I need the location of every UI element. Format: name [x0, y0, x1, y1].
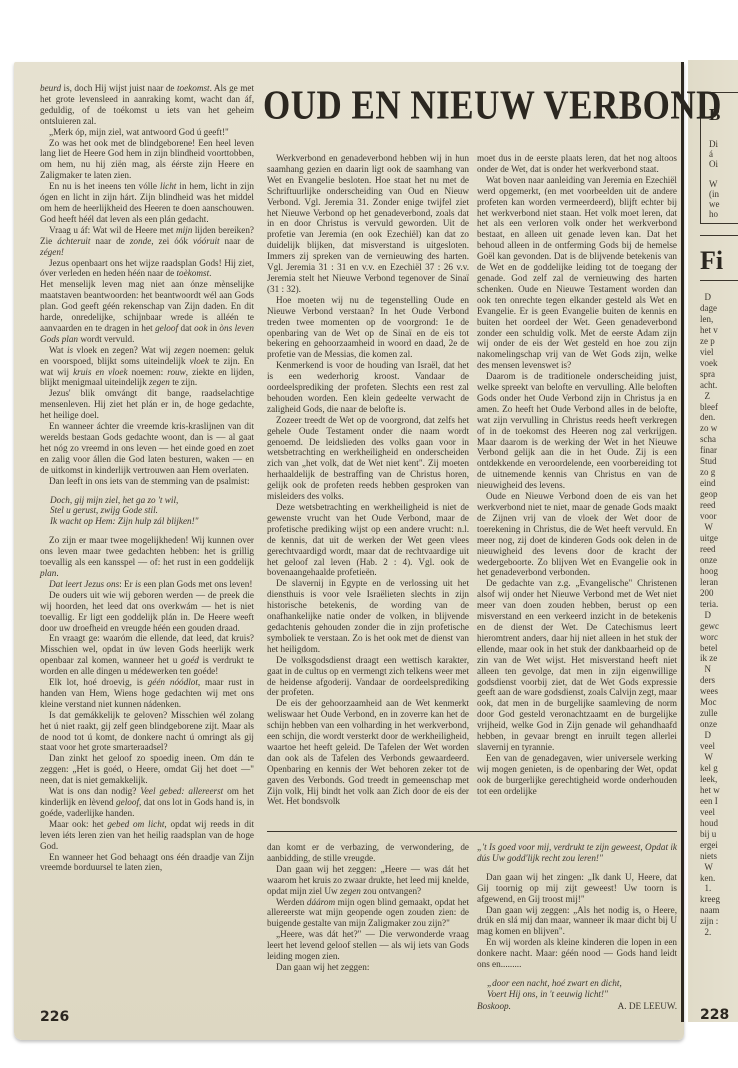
paragraph: Dan gaan wij het zingen: „Ik dank U, Hee… [477, 872, 677, 905]
paragraph: Werkverbond en genadeverbond hebben wij … [267, 153, 469, 295]
paragraph: dan komt er de verbazing, de verwonderin… [267, 842, 469, 864]
spacer [40, 487, 254, 495]
right-lower-flow: „'t Is goed voor mij, verdrukt te zijn g… [477, 842, 677, 1000]
middle-lower-column: dan komt er de verbazing, de verwonderin… [267, 842, 469, 973]
paragraph: Daarom is de traditionele onderscheiding… [477, 371, 677, 491]
verse-line: Doch, gij mijn ziel, het ga zo 't wil, [40, 495, 254, 506]
paragraph: En wanneer het God behaagt ons één draad… [40, 852, 254, 874]
next-page-rule-bottom [700, 280, 738, 281]
left-column: beurd is, doch Hij wijst juist naar de t… [40, 83, 254, 873]
next-page-rule-top [700, 235, 738, 236]
paragraph: Zozeer treedt de Wet op de voorgrond, da… [267, 415, 469, 502]
paragraph: Een van de genadegaven, wier universele … [477, 753, 677, 797]
paragraph: Oude en Nieuwe Verbond doen de eis van h… [477, 491, 677, 578]
paragraph: Dan gaan wij het zeggen: „Heere — was dá… [267, 864, 469, 897]
paragraph: En wanneer áchter die vreemde kris-krasl… [40, 421, 254, 476]
paragraph: Wat is ons dan nodig? Veel gebed: allere… [40, 786, 254, 819]
paragraph: Dan gaan wij het zeggen: [267, 962, 469, 973]
paragraph: De volksgodsdienst draagt een wettisch k… [267, 655, 469, 699]
page-gutter [681, 62, 684, 1022]
paragraph: Zo was het ook met de blindgeborene! Een… [40, 138, 254, 182]
paragraph: Deze wetsbetrachting en werkheiligheid i… [267, 502, 469, 578]
article-title: OUD EN NIEUW VERBOND [263, 82, 679, 136]
next-page-heading: Fi [700, 246, 723, 276]
paragraph: „Merk óp, mijn ziel, wat antwoord God ú … [40, 127, 254, 138]
middle-column: Werkverbond en genadeverbond hebben wij … [267, 153, 469, 807]
right-column: moet dus in de eerste plaats leren, dat … [477, 153, 677, 796]
paragraph: „'t Is goed voor mij, verdrukt te zijn g… [477, 842, 677, 864]
verse-line: „door een nacht, hoé zwart en dicht, [477, 978, 677, 989]
paragraph: Dat leert Jezus ons: Er is een plan Gods… [40, 579, 254, 590]
paragraph: En wij worden als kleine kinderen die lo… [477, 937, 677, 970]
verse-line: Stel u gerust, zwijg Gode stil. [40, 505, 254, 516]
paragraph: Het menselijk leven mag niet aan ónze mè… [40, 279, 254, 344]
paragraph: Is dat gemákkelijk te geloven? Misschien… [40, 710, 254, 754]
paragraph: Dan gaan wij zeggen: „Als het nodig is, … [477, 905, 677, 938]
paragraph: Wat boven naar aanleiding van Jeremia en… [477, 175, 677, 371]
signoff: Boskoop. A. DE LEEUW. [477, 1001, 677, 1012]
paragraph: Jezus' blik omvángt dit bange, raadselac… [40, 388, 254, 421]
next-page-number: 228 [700, 1007, 729, 1022]
paragraph: Maar ook: het gebed om licht, opdat wij … [40, 819, 254, 852]
right-lower-column: „'t Is goed voor mij, verdrukt te zijn g… [477, 842, 677, 1012]
section-divider [267, 831, 677, 832]
paragraph: De slavernij in Egypte en de verlossing … [267, 578, 469, 654]
paragraph: De eis der gehoorzaamheid aan de Wet ken… [267, 698, 469, 807]
paragraph: Jezus openbaart ons het wijze raadsplan … [40, 258, 254, 280]
signoff-author: A. DE LEEUW. [618, 1001, 677, 1012]
spacer [477, 864, 677, 872]
paragraph: Wat is vloek en zegen? Wat wij zegen noe… [40, 345, 254, 389]
verse-line: Voert Hij ons, in 't eeuwig licht!" [477, 989, 677, 1000]
next-page-text: D dage len, het v ze p viel voek spra ac… [700, 292, 720, 938]
spacer [40, 527, 254, 535]
verse-line: Ik wacht op Hem: Zijn hulp zál blijken!" [40, 516, 254, 527]
spacer [477, 970, 677, 978]
paragraph: En nu is het ineens ten vólle licht in h… [40, 181, 254, 225]
paragraph: Zo zijn er maar twee mogelijkheden! Wij … [40, 535, 254, 579]
paragraph: Kenmerkend is voor de houding van Israël… [267, 360, 469, 415]
paragraph: beurd is, doch Hij wijst juist naar de t… [40, 83, 254, 127]
paragraph: „Heere, was dát het?" — Die verwonderde … [267, 929, 469, 962]
page-number: 226 [40, 1009, 69, 1025]
next-page-box-text-2: W(inweho [709, 179, 720, 219]
paragraph: Vraag u áf: Wat wil de Heere met mijn li… [40, 225, 254, 258]
paragraph: Hoe moeten wij nu de tegenstelling Oude … [267, 295, 469, 360]
next-page-box-text-1: DiáOi [709, 139, 718, 169]
paragraph: moet dus in de eerste plaats leren, dat … [477, 153, 677, 175]
paragraph: De gedachte van z.g. „Evangelische" Chri… [477, 578, 677, 753]
paragraph: De ouders uit wie wij geboren werden — d… [40, 590, 254, 634]
paragraph: Elk lot, hoé droevig, is géén nóódlot, m… [40, 677, 254, 710]
paragraph: Dan leeft in ons iets van de stemming va… [40, 476, 254, 487]
paragraph: Werden dáárom mijn ogen blind gemaakt, o… [267, 897, 469, 930]
paragraph: Dan zinkt het geloof zo spoedig ineen. O… [40, 753, 254, 786]
signoff-place: Boskoop. [477, 1001, 511, 1012]
paragraph: En vraagt ge: waaróm die ellende, dat le… [40, 633, 254, 677]
next-page-edge: B DiáOi W(inweho Fi D dage len, het v ze… [688, 60, 738, 1022]
